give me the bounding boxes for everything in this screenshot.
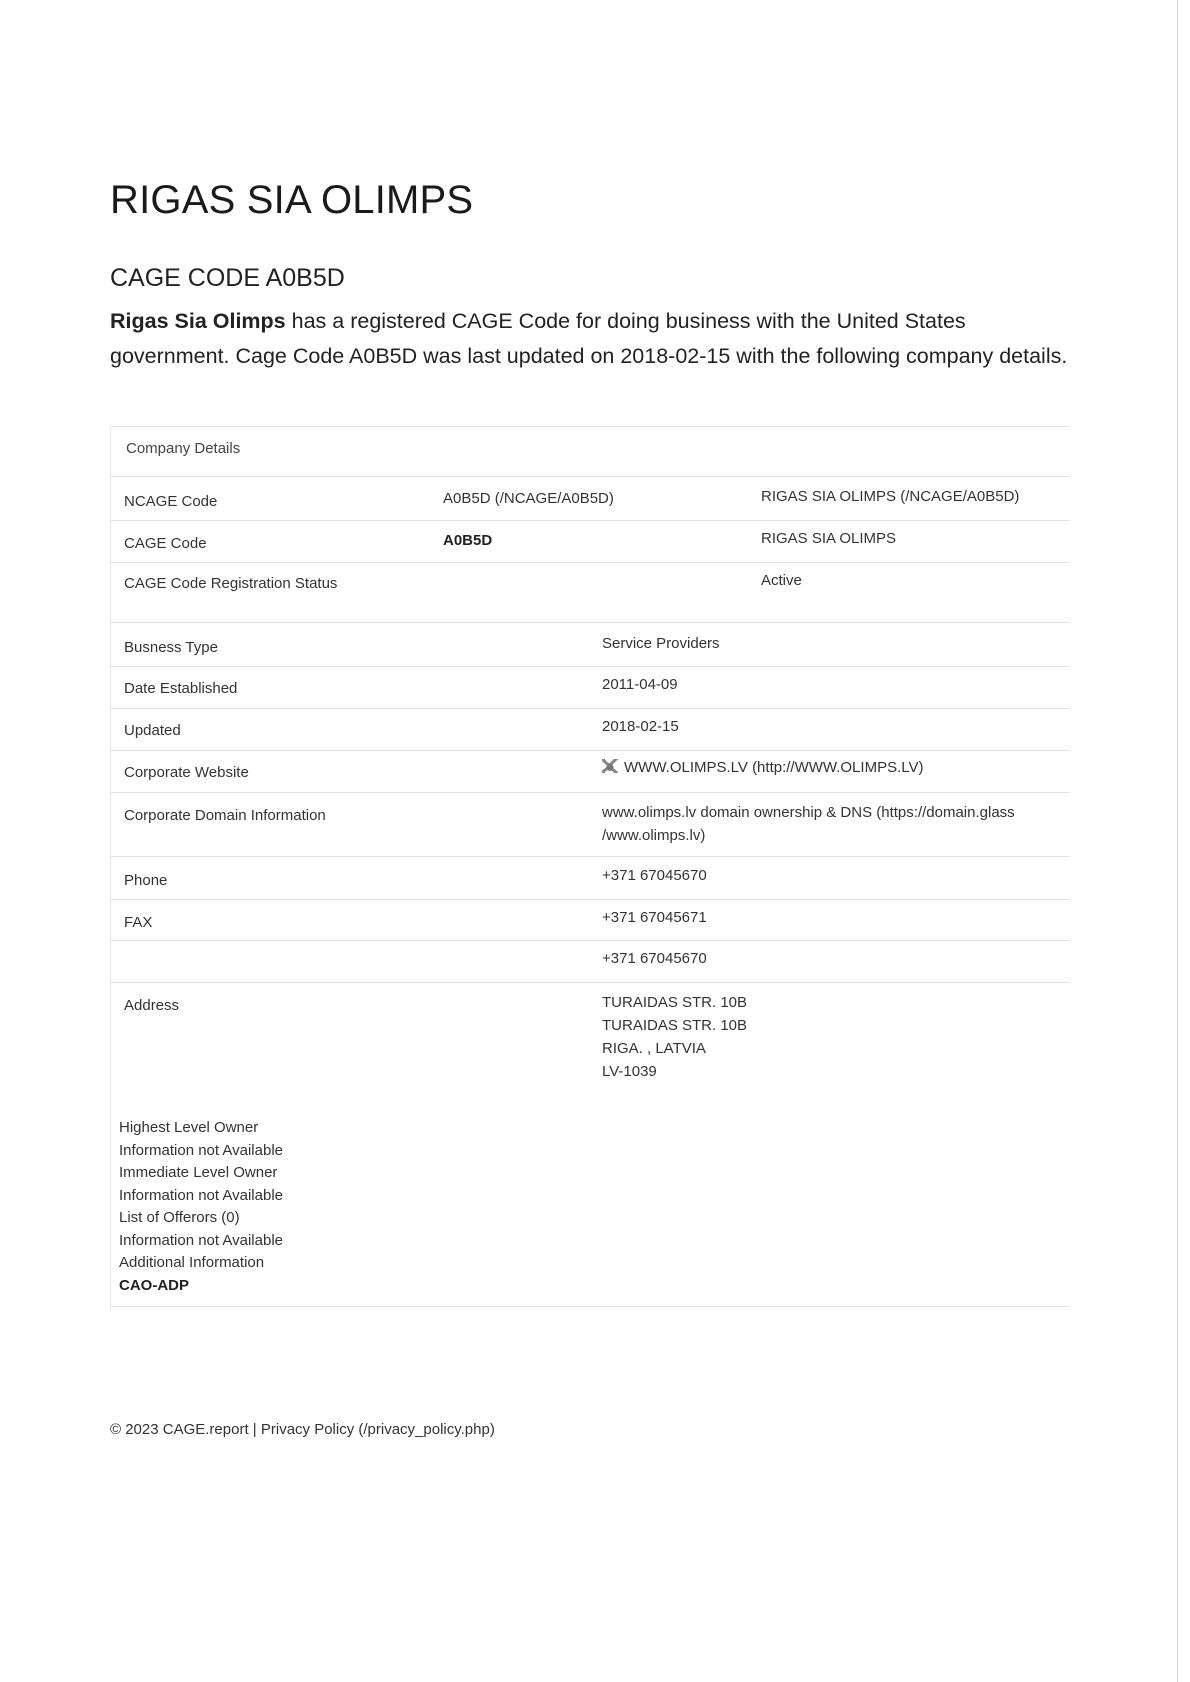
- divider: [110, 1306, 1070, 1307]
- divider: [110, 476, 1070, 477]
- footer: © 2023 CAGE.report | Privacy Policy (/pr…: [110, 1421, 495, 1438]
- section-title: Company Details: [126, 440, 240, 457]
- divider: [110, 982, 1070, 983]
- website-link[interactable]: WWW.OLIMPS.LV (http://WWW.OLIMPS.LV): [602, 759, 923, 776]
- ncage-name-link[interactable]: RIGAS SIA OLIMPS (/NCAGE/A0B5D): [761, 488, 1019, 505]
- status-label: CAGE Code Registration Status: [124, 575, 337, 592]
- divider: [110, 666, 1070, 667]
- domain-link[interactable]: www.olimps.lv domain ownership & DNS (ht…: [602, 801, 1042, 847]
- copyright-text: © 2023 CAGE.report |: [110, 1421, 261, 1438]
- address-line: TURAIDAS STR. 10B: [602, 991, 747, 1014]
- phone-value: +371 67045670: [602, 867, 707, 884]
- privacy-policy-link[interactable]: Privacy Policy (/privacy_policy.php): [261, 1421, 495, 1438]
- phone-label: Phone: [124, 872, 167, 889]
- business-type-value: Service Providers: [602, 635, 720, 652]
- table-left-border: [110, 426, 111, 1311]
- divider: [110, 520, 1070, 521]
- business-type-label: Busness Type: [124, 639, 218, 656]
- fax-value: +371 67045671: [602, 909, 707, 926]
- intro-paragraph: Rigas Sia Olimps has a registered CAGE C…: [110, 304, 1070, 374]
- divider: [110, 708, 1070, 709]
- website-link-text[interactable]: WWW.OLIMPS.LV (http://WWW.OLIMPS.LV): [624, 759, 923, 776]
- established-label: Date Established: [124, 680, 237, 697]
- immediate-owner-value: Information not Available: [119, 1185, 283, 1208]
- website-label: Corporate Website: [124, 764, 249, 781]
- divider: [110, 940, 1070, 941]
- highest-owner-value: Information not Available: [119, 1140, 283, 1163]
- divider: [110, 899, 1070, 900]
- divider: [110, 562, 1070, 563]
- status-value: Active: [761, 572, 802, 589]
- fax-secondary-value: +371 67045670: [602, 950, 707, 967]
- address-label: Address: [124, 997, 179, 1014]
- fax-label: FAX: [124, 914, 152, 931]
- cage-label: CAGE Code: [124, 535, 207, 552]
- divider: [110, 792, 1070, 793]
- ownership-block: Highest Level Owner Information not Avai…: [119, 1117, 283, 1297]
- offerors-value: Information not Available: [119, 1230, 283, 1253]
- offerors-label: List of Offerors (0): [119, 1207, 283, 1230]
- established-value: 2011-04-09: [602, 676, 678, 693]
- ncage-link[interactable]: A0B5D (/NCAGE/A0B5D): [443, 490, 614, 507]
- address-line: RIGA. , LATVIA: [602, 1037, 747, 1060]
- updated-value: 2018-02-15: [602, 718, 679, 735]
- cage-code-heading: CAGE CODE A0B5D: [110, 264, 345, 293]
- divider: [110, 856, 1070, 857]
- domain-label: Corporate Domain Information: [124, 807, 326, 824]
- address-line: TURAIDAS STR. 10B: [602, 1014, 747, 1037]
- divider: [110, 426, 1070, 427]
- address-line: LV-1039: [602, 1060, 747, 1083]
- website-favicon-icon: [602, 759, 618, 773]
- divider: [110, 750, 1070, 751]
- additional-info-value: CAO-ADP: [119, 1275, 283, 1298]
- additional-info-label: Additional Information: [119, 1252, 283, 1275]
- highest-owner-label: Highest Level Owner: [119, 1117, 283, 1140]
- updated-label: Updated: [124, 722, 181, 739]
- cage-company-name: RIGAS SIA OLIMPS: [761, 530, 896, 547]
- page-edge: [1177, 0, 1178, 1682]
- ncage-label: NCAGE Code: [124, 493, 217, 510]
- page-title: RIGAS SIA OLIMPS: [110, 178, 473, 223]
- address-value: TURAIDAS STR. 10B TURAIDAS STR. 10B RIGA…: [602, 991, 747, 1083]
- cage-value: A0B5D: [443, 532, 492, 549]
- divider: [110, 622, 1070, 623]
- company-name-bold: Rigas Sia Olimps: [110, 309, 286, 333]
- immediate-owner-label: Immediate Level Owner: [119, 1162, 283, 1185]
